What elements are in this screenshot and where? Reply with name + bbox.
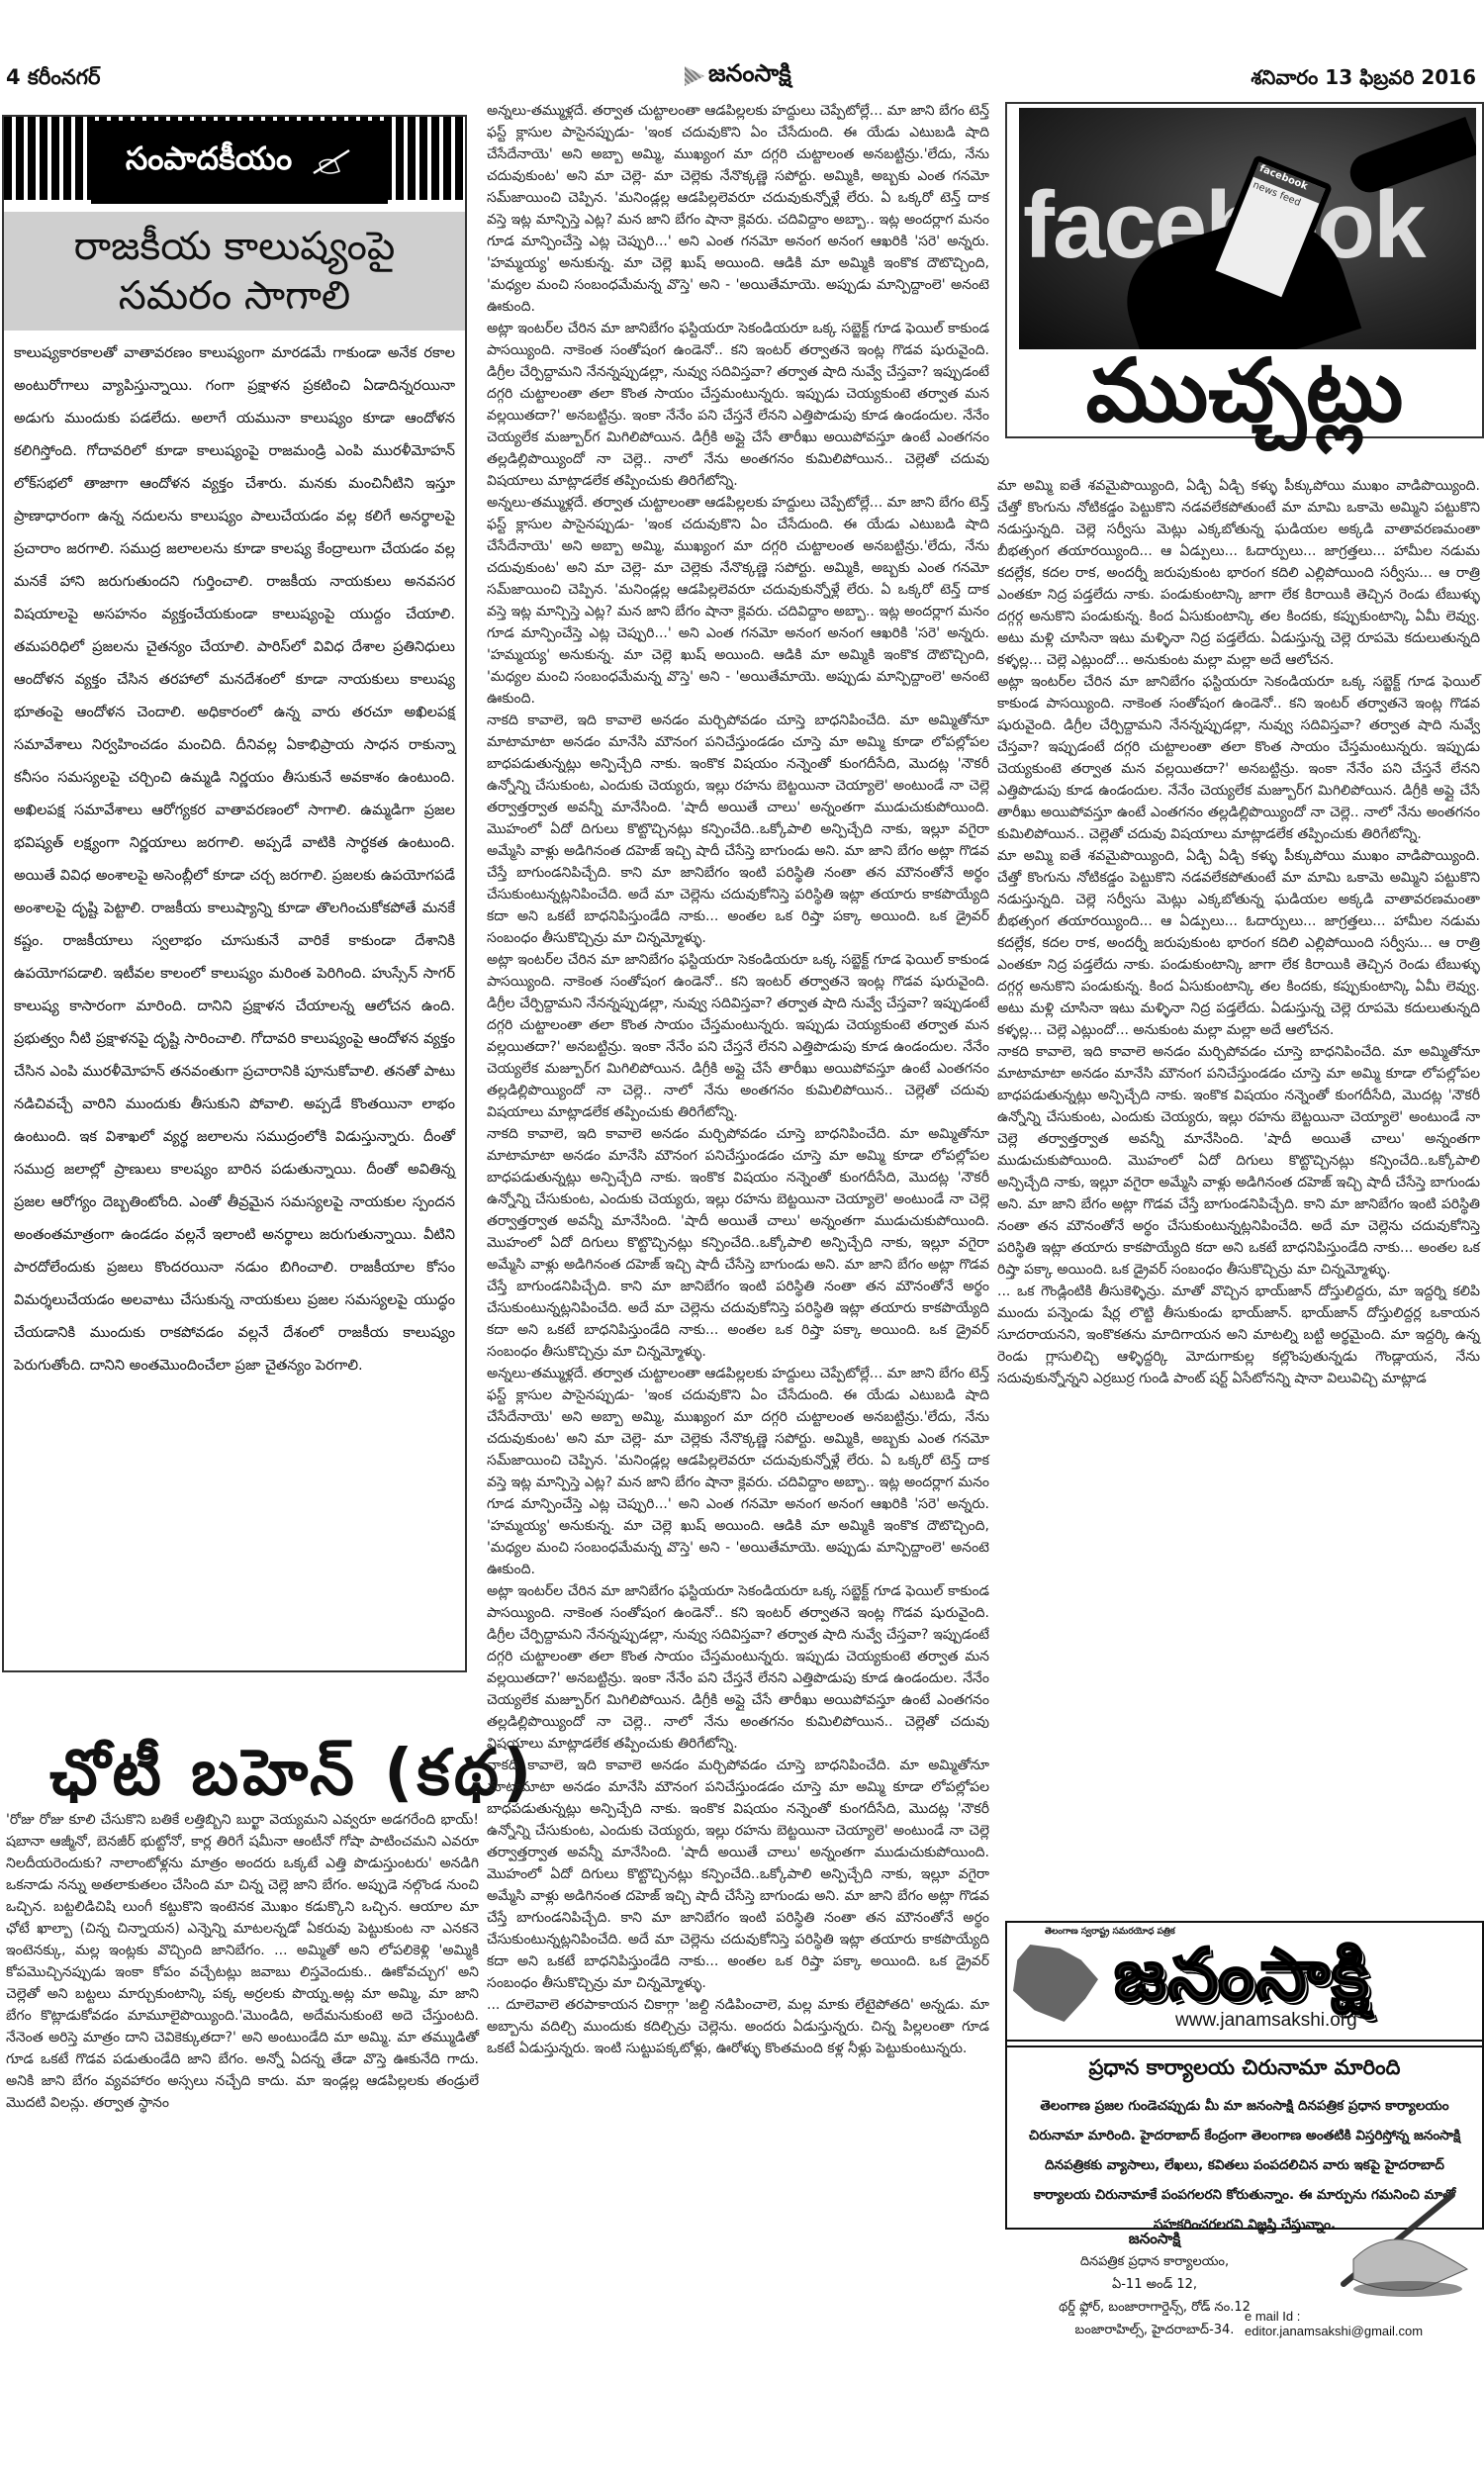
- story-paragraph: 'రోజు రోజు కూలి చేసుకొని బతికే లత్తిబ్బి…: [6, 1809, 479, 2114]
- ad-address-line: ఏ-11 అండ్ 12,: [1021, 2273, 1288, 2296]
- story-paragraph: నాకది కావాలె, ఇది కావాలె అనడం మర్చిపోవడం…: [487, 1123, 989, 1363]
- story-paragraph: నాకది కావాలె, ఇది కావాలె అనడం మర్చిపోవడం…: [487, 1755, 989, 1994]
- story-middle-column: అన్నలు-తమ్ముళ్లదే. తర్వాత చుట్టాలంతా ఆడప…: [487, 100, 989, 2059]
- story-paragraph: అట్లా ఇంటర్‌ల చేరిన మా జానిబేగం ఫస్టియరూ…: [997, 671, 1480, 845]
- page-number-edition: 4 కరీంనగర్: [6, 65, 100, 95]
- editorial-box: సంపాదకీయం రాజకీయ కాలుష్యంపై సమరం సాగాలి …: [2, 115, 467, 1672]
- telangana-map-icon: [1013, 1945, 1098, 2022]
- story-paragraph: అన్నలు-తమ్ముళ్లదే. తర్వాత చుట్టాలంతా ఆడప…: [487, 100, 989, 318]
- editorial-section-label: సంపాదకీయం: [91, 121, 388, 204]
- hand-with-pen-icon: [1324, 2190, 1472, 2299]
- story-paragraph: నాకది కావాలె, ఇది కావాలె అనడం మర్చిపోవడం…: [997, 1041, 1480, 1281]
- story-paragraph: అట్లా ఇంటర్‌ల చేరిన మా జానిబేగం ఫస్టియరూ…: [487, 1580, 989, 1755]
- editorial-headline-line1: రాజకీయ కాలుష్యంపై: [74, 222, 396, 271]
- editorial-headline-line2: సమరం సాగాలి: [119, 271, 351, 321]
- story-paragraph: అన్నలు-తమ్ముళ్లదే. తర్వాత చుట్టాలంతా ఆడప…: [487, 1363, 989, 1580]
- ad-email-link[interactable]: e mail Id : editor.janamsakshi@gmail.com: [1245, 2309, 1482, 2338]
- story-paragraph: మా అమ్మి ఐతే శవమైపొయ్యింది, ఏడ్చి ఏడ్చి …: [997, 845, 1480, 1041]
- masthead-logo-icon: [685, 66, 704, 86]
- janamsakshi-notice-ad: తెలంగాణ స్వరాష్ట్ర సమరయోధ పత్రిక జనంసాక్…: [1005, 1921, 1484, 2230]
- editorial-headline: రాజకీయ కాలుష్యంపై సమరం సాగాలి: [4, 212, 465, 331]
- ad-address-line: దినపత్రిక ప్రధాన కార్యాలయం,: [1021, 2250, 1288, 2273]
- ad-heading: ప్రధాన కార్యాలయ చిరునామా మారింది: [1007, 2055, 1482, 2085]
- feature-headline: ముచ్చట్లు: [1007, 341, 1482, 440]
- facebook-photo: facebook facebook news feed: [1019, 108, 1476, 349]
- ad-address-org: జనంసాక్షి: [1021, 2228, 1288, 2250]
- feature-photo-box: facebook facebook news feed ముచ్చట్లు: [1005, 102, 1484, 438]
- editorial-body: కాలుష్యకారకాలతో వాతావరణం కాలుష్యంగా మారడ…: [14, 336, 455, 1381]
- story-left-column: 'రోజు రోజు కూలి చేసుకొని బతికే లత్తిబ్బి…: [6, 1809, 479, 2114]
- story-right-column: మా అమ్మి ఐతే శవమైపొయ్యింది, ఏడ్చి ఏడ్చి …: [997, 475, 1480, 1389]
- ad-divider: [1007, 2040, 1482, 2047]
- story-paragraph: ... దూలెవాలె తరపాకాయన చికాగ్గా 'జల్ది నడ…: [487, 1994, 989, 2059]
- ad-website-link[interactable]: www.janamsakshi.org: [1175, 2010, 1357, 2032]
- masthead-title: జనంసాక్షి: [708, 59, 791, 93]
- pen-writing-icon: [310, 147, 353, 177]
- masthead: జనంసాక్షి: [685, 59, 791, 93]
- editorial-label-text: సంపాదకీయం: [126, 140, 292, 185]
- story-paragraph: నాకది కావాలె, ఇది కావాలె అనడం మర్చిపోవడం…: [487, 710, 989, 949]
- story-paragraph: ... ఒక గౌండ్లింటికి తీసుకెళ్ళిన్రు. మాతో…: [997, 1281, 1480, 1389]
- story-paragraph: అట్లా ఇంటర్‌ల చేరిన మా జానిబేగం ఫస్టియరూ…: [487, 318, 989, 492]
- story-paragraph: అట్లా ఇంటర్‌ల చేరిన మా జానిబేగం ఫస్టియరూ…: [487, 949, 989, 1123]
- issue-date: శనివారం 13 ఫిబ్రవరి 2016: [1251, 65, 1476, 94]
- story-paragraph: అన్నలు-తమ్ముళ్లదే. తర్వాత చుట్టాలంతా ఆడప…: [487, 492, 989, 710]
- story-paragraph: మా అమ్మి ఐతే శవమైపొయ్యింది, ఏడ్చి ఏడ్చి …: [997, 475, 1480, 671]
